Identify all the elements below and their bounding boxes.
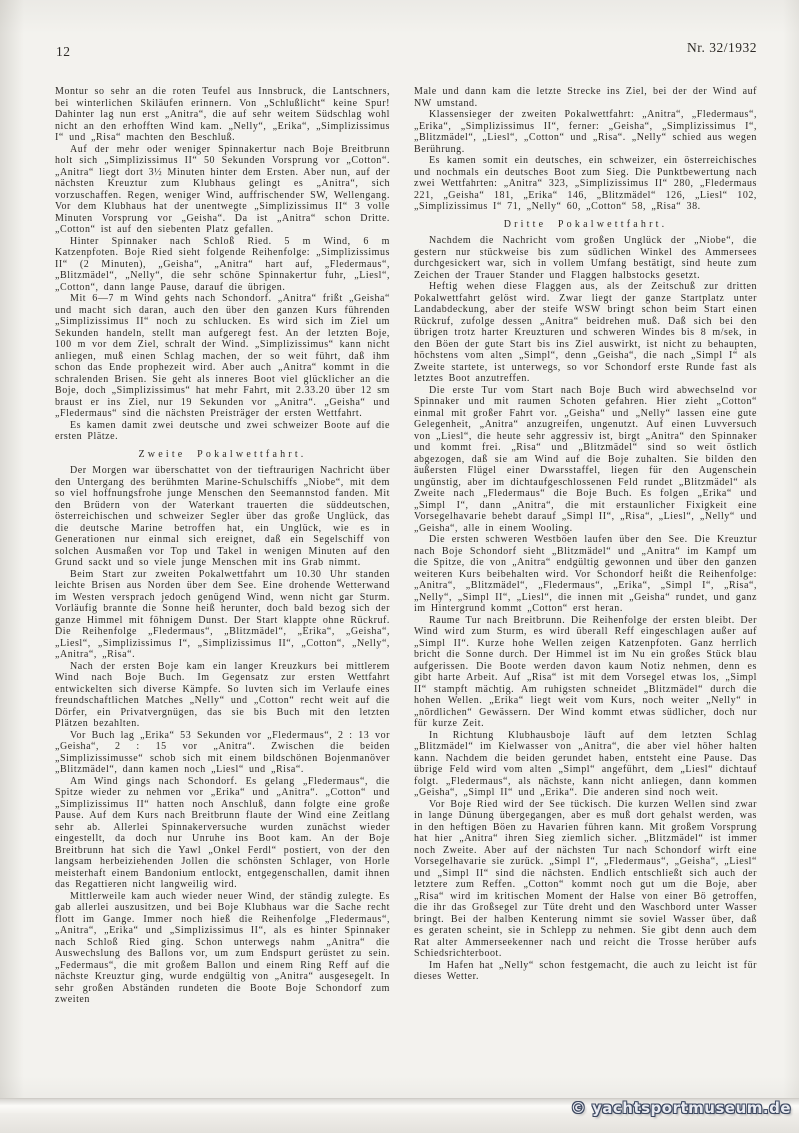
- magazine-page-scan: 12 Nr. 32/1932 Montur so sehr an die rot…: [0, 0, 799, 1133]
- watermark-text: © yachtsportmuseum.de: [571, 1099, 791, 1117]
- paragraph: Am Wind gings nach Schondorf. Es gelang …: [55, 776, 390, 891]
- paragraph: Vor Boje Ried wird der See tückisch. Die…: [414, 799, 757, 960]
- paragraph: Hinter Spinnaker nach Schloß Ried. 5 m W…: [55, 236, 390, 294]
- section-heading: Zweite Pokalwettfahrt.: [55, 449, 390, 461]
- page-number: 12: [56, 44, 71, 60]
- paragraph: Es kamen somit ein deutsches, ein schwei…: [414, 155, 757, 213]
- paragraph: Klassensieger der zweiten Pokalwettfahrt…: [414, 109, 757, 155]
- paragraph: In Richtung Klubhausboje läuft auf dem l…: [414, 730, 757, 799]
- section-heading: Dritte Pokalwettfahrt.: [414, 219, 757, 231]
- paragraph: Die erste Tur vom Start nach Boje Buch w…: [414, 385, 757, 535]
- paragraph: Nach der ersten Boje kam ein langer Kreu…: [55, 661, 390, 730]
- paragraph: Mittlerweile kam auch wieder neuer Wind,…: [55, 891, 390, 1006]
- paragraph: Beim Start zur zweiten Pokalwettfahrt um…: [55, 569, 390, 661]
- paragraph: Raume Tur nach Breitbrunn. Die Reihenfol…: [414, 615, 757, 730]
- paragraph: Es kamen damit zwei deutsche und zwei sc…: [55, 420, 390, 443]
- paragraph: Nachdem die Nachricht vom großen Unglück…: [414, 235, 757, 281]
- text-column-right: Male und dann kam die letzte Strecke ins…: [414, 86, 757, 983]
- paragraph: Die ersten schweren Westböen laufen über…: [414, 534, 757, 615]
- paragraph: Im Hafen hat „Nelly“ schon festgemacht, …: [414, 960, 757, 983]
- text-column-left: Montur so sehr an die roten Teufel aus I…: [55, 86, 390, 1006]
- paragraph: Male und dann kam die letzte Strecke ins…: [414, 86, 757, 109]
- paragraph: Heftig wehen diese Flaggen aus, als der …: [414, 281, 757, 385]
- paragraph: Auf der mehr oder weniger Spinnakertur n…: [55, 144, 390, 236]
- paragraph: Vor Buch lag „Erika“ 53 Sekunden vor „Fl…: [55, 730, 390, 776]
- paragraph: Der Morgen war überschattet von der tief…: [55, 465, 390, 569]
- paragraph: Montur so sehr an die roten Teufel aus I…: [55, 86, 390, 144]
- issue-number: Nr. 32/1932: [687, 40, 757, 56]
- paragraph: Mit 6—7 m Wind gehts nach Schondorf. „An…: [55, 293, 390, 420]
